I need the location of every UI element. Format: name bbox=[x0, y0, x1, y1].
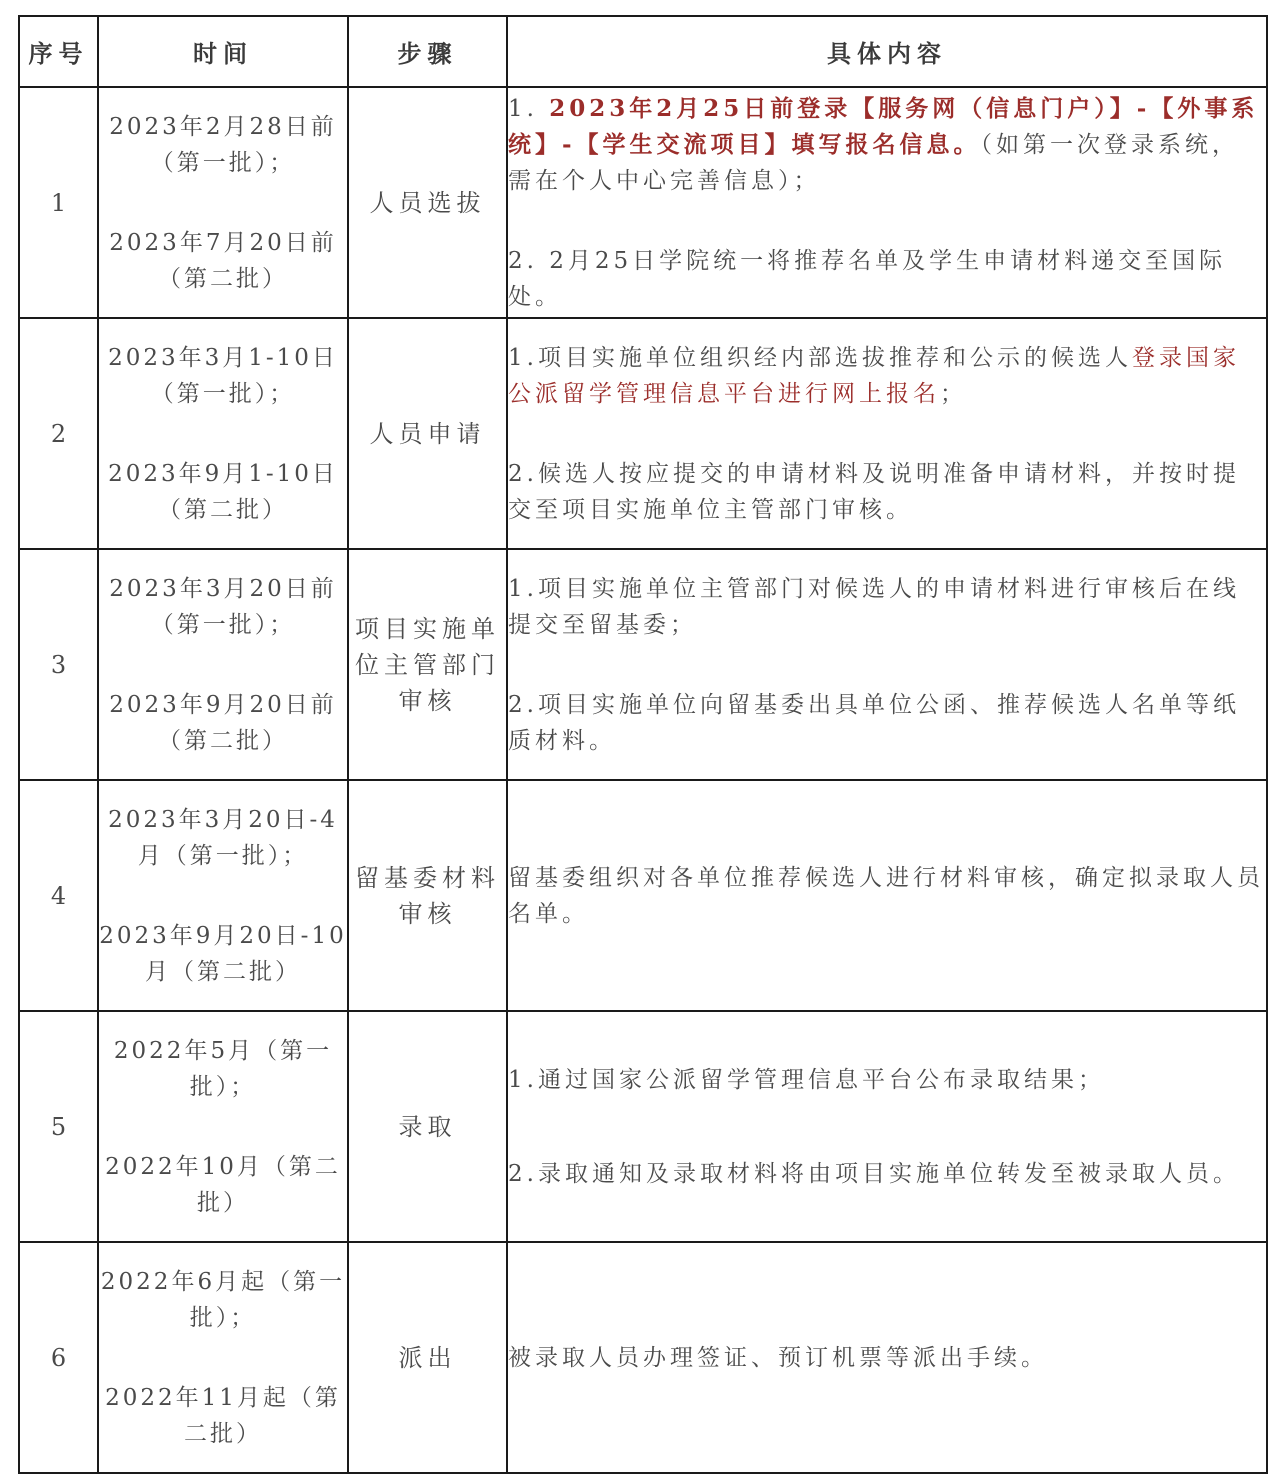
row-time: 2022年5月（第一批）； 2022年10月（第二批） bbox=[98, 1011, 348, 1242]
row-step: 人员申请 bbox=[348, 318, 507, 549]
row-time: 2023年3月1-10日（第一批）； 2023年9月1-10日（第二批） bbox=[98, 318, 348, 549]
detail-item-1: 留基委组织对各单位推荐候选人进行材料审核，确定拟录取人员名单。 bbox=[508, 860, 1266, 932]
row-detail: 1.项目实施单位主管部门对候选人的申请材料进行审核后在线提交至留基委； 2.项目… bbox=[507, 549, 1267, 780]
row-detail: 1.通过国家公派留学管理信息平台公布录取结果； 2.录取通知及录取材料将由项目实… bbox=[507, 1011, 1267, 1242]
row-step: 派出 bbox=[348, 1242, 507, 1473]
row-number: 6 bbox=[19, 1242, 98, 1473]
detail-text: ； bbox=[940, 381, 967, 407]
time-batch-1: 2022年6月起（第一批）； bbox=[99, 1264, 347, 1336]
row-number: 3 bbox=[19, 549, 98, 780]
row-step: 项目实施单位主管部门审核 bbox=[348, 549, 507, 780]
schedule-table: 序号 时间 步骤 具体内容 1 2023年2月28日前（第一批）； 2023年7… bbox=[18, 15, 1268, 1474]
table-header-row: 序号 时间 步骤 具体内容 bbox=[19, 16, 1267, 87]
time-batch-1: 2023年3月20日-4月（第一批）； bbox=[99, 802, 347, 874]
detail-item-2: 2.项目实施单位向留基委出具单位公函、推荐候选人名单等纸质材料。 bbox=[508, 687, 1266, 759]
row-time: 2023年2月28日前（第一批）； 2023年7月20日前（第二批） bbox=[98, 87, 348, 318]
header-time: 时间 bbox=[98, 16, 348, 87]
row-step: 录取 bbox=[348, 1011, 507, 1242]
detail-item-1: 1. 2023年2月25日前登录【服务网（信息门户）】-【外事系统】-【学生交流… bbox=[508, 91, 1266, 199]
time-batch-2: 2022年11月起（第二批） bbox=[99, 1380, 347, 1452]
table-row: 3 2023年3月20日前（第一批）； 2023年9月20日前（第二批） 项目实… bbox=[19, 549, 1267, 780]
detail-item-1: 1.项目实施单位组织经内部选拔推荐和公示的候选人登录国家公派留学管理信息平台进行… bbox=[508, 340, 1266, 412]
row-number: 4 bbox=[19, 780, 98, 1011]
detail-item-2: 2.候选人按应提交的申请材料及说明准备申请材料，并按时提交至项目实施单位主管部门… bbox=[508, 456, 1266, 528]
row-number: 1 bbox=[19, 87, 98, 318]
detail-text: 1.项目实施单位组织经内部选拔推荐和公示的候选人 bbox=[508, 345, 1132, 371]
table-row: 6 2022年6月起（第一批）； 2022年11月起（第二批） 派出 被录取人员… bbox=[19, 1242, 1267, 1473]
time-batch-1: 2022年5月（第一批）； bbox=[99, 1033, 347, 1105]
detail-item-2: 2. 2月25日学院统一将推荐名单及学生申请材料递交至国际处。 bbox=[508, 243, 1266, 315]
row-step: 人员选拔 bbox=[348, 87, 507, 318]
detail-item-1: 1.通过国家公派留学管理信息平台公布录取结果； bbox=[508, 1062, 1266, 1098]
time-batch-1: 2023年3月20日前（第一批）； bbox=[99, 571, 347, 643]
detail-item-1: 1.项目实施单位主管部门对候选人的申请材料进行审核后在线提交至留基委； bbox=[508, 571, 1266, 643]
row-detail: 留基委组织对各单位推荐候选人进行材料审核，确定拟录取人员名单。 bbox=[507, 780, 1267, 1011]
table-row: 5 2022年5月（第一批）； 2022年10月（第二批） 录取 1.通过国家公… bbox=[19, 1011, 1267, 1242]
time-batch-2: 2022年10月（第二批） bbox=[99, 1149, 347, 1221]
row-time: 2022年6月起（第一批）； 2022年11月起（第二批） bbox=[98, 1242, 348, 1473]
row-number: 5 bbox=[19, 1011, 98, 1242]
time-batch-2: 2023年7月20日前（第二批） bbox=[99, 225, 347, 297]
header-detail: 具体内容 bbox=[507, 16, 1267, 87]
row-step: 留基委材料审核 bbox=[348, 780, 507, 1011]
time-batch-1: 2023年3月1-10日（第一批）； bbox=[99, 340, 347, 412]
row-detail: 1.项目实施单位组织经内部选拔推荐和公示的候选人登录国家公派留学管理信息平台进行… bbox=[507, 318, 1267, 549]
row-time: 2023年3月20日前（第一批）； 2023年9月20日前（第二批） bbox=[98, 549, 348, 780]
time-batch-1: 2023年2月28日前（第一批）； bbox=[99, 109, 347, 181]
table-row: 4 2023年3月20日-4月（第一批）； 2023年9月20日-10月（第二批… bbox=[19, 780, 1267, 1011]
detail-item-2: 2.录取通知及录取材料将由项目实施单位转发至被录取人员。 bbox=[508, 1156, 1266, 1192]
detail-text: 1. bbox=[508, 96, 549, 122]
table-row: 2 2023年3月1-10日（第一批）； 2023年9月1-10日（第二批） 人… bbox=[19, 318, 1267, 549]
header-step: 步骤 bbox=[348, 16, 507, 87]
header-no: 序号 bbox=[19, 16, 98, 87]
table-row: 1 2023年2月28日前（第一批）； 2023年7月20日前（第二批） 人员选… bbox=[19, 87, 1267, 318]
row-number: 2 bbox=[19, 318, 98, 549]
row-detail: 被录取人员办理签证、预订机票等派出手续。 bbox=[507, 1242, 1267, 1473]
row-time: 2023年3月20日-4月（第一批）； 2023年9月20日-10月（第二批） bbox=[98, 780, 348, 1011]
row-detail: 1. 2023年2月25日前登录【服务网（信息门户）】-【外事系统】-【学生交流… bbox=[507, 87, 1267, 318]
detail-item-1: 被录取人员办理签证、预订机票等派出手续。 bbox=[508, 1340, 1266, 1376]
time-batch-2: 2023年9月20日-10月（第二批） bbox=[99, 918, 347, 990]
time-batch-2: 2023年9月1-10日（第二批） bbox=[99, 456, 347, 528]
time-batch-2: 2023年9月20日前（第二批） bbox=[99, 687, 347, 759]
